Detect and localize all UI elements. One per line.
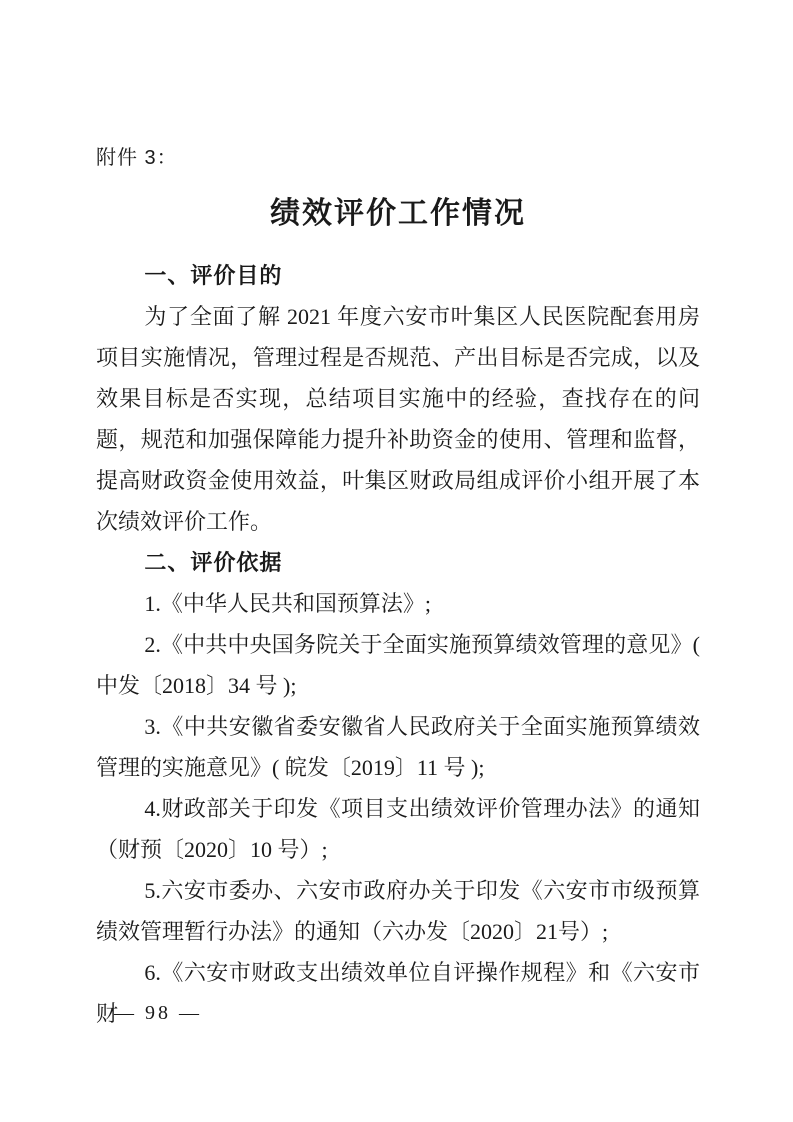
list-item-basis-5: 5.六安市委办、六安市政府办关于印发《六安市市级预算绩效管理暂行办法》的通知（六… <box>96 870 700 952</box>
paragraph-evaluation-purpose: 为了全面了解 2021 年度六安市叶集区人民医院配套用房项目实施情况，管理过程是… <box>96 296 700 542</box>
list-item-basis-1: 1.《中华人民共和国预算法》; <box>96 583 700 624</box>
document-body: 附件 3： 绩效评价工作情况 一、评价目的 为了全面了解 2021 年度六安市叶… <box>0 0 793 1034</box>
list-item-basis-3: 3.《中共安徽省委安徽省人民政府关于全面实施预算绩效管理的实施意见》( 皖发〔2… <box>96 706 700 788</box>
page-number: — 98 — <box>114 1002 202 1025</box>
section-heading-evaluation-basis: 二、评价依据 <box>96 542 700 583</box>
document-content: 一、评价目的 为了全面了解 2021 年度六安市叶集区人民医院配套用房项目实施情… <box>96 255 700 1034</box>
document-page: 附件 3： 绩效评价工作情况 一、评价目的 为了全面了解 2021 年度六安市叶… <box>0 0 793 1122</box>
section-heading-evaluation-purpose: 一、评价目的 <box>96 255 700 296</box>
attachment-label: 附件 3： <box>96 145 700 171</box>
document-title: 绩效评价工作情况 <box>96 195 700 233</box>
list-item-basis-4: 4.财政部关于印发《项目支出绩效评价管理办法》的通知（财预〔2020〕10 号）… <box>96 788 700 870</box>
list-item-basis-2: 2.《中共中央国务院关于全面实施预算绩效管理的意见》( 中发〔2018〕34 号… <box>96 624 700 706</box>
